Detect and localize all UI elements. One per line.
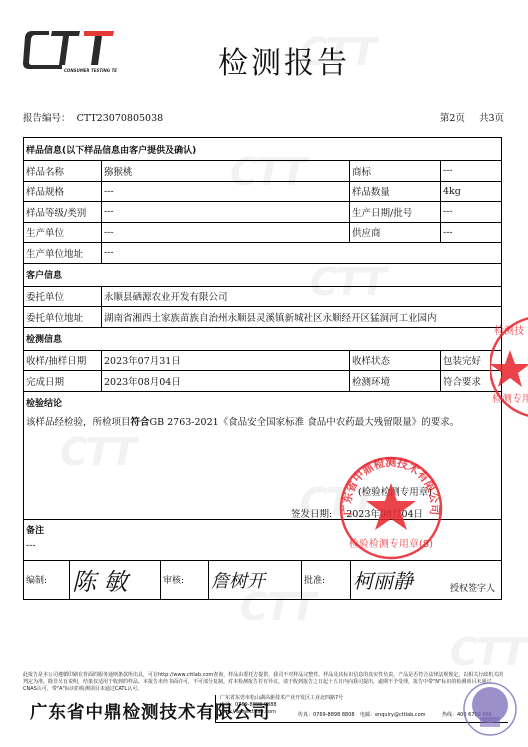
- table-row: 生产单位 --- 供应商 ---: [24, 222, 501, 243]
- table-row: 委托单位地址 湖南省湘西土家族苗族自治州永顺县灵溪镇新城社区永顺经开区猛洞河工业…: [24, 306, 501, 327]
- table-row: 样品名称 猕猴桃 商标 ---: [24, 160, 501, 181]
- reviewed-label: 审核:: [160, 561, 208, 599]
- disclaimer-text: 此报告是本公司遵循印刷在背面的服务通则条款所出具，可在http://www.ct…: [23, 672, 505, 693]
- svg-text:检测技: 检测技: [494, 324, 524, 337]
- approved-label: 批准:: [301, 561, 350, 599]
- table-row: 完成日期 2023年08月04日 检测环境 符合要求: [24, 370, 501, 391]
- email-link[interactable]: 电邮：enquiry@cttlab.com: [360, 712, 426, 719]
- watermark: CTT: [450, 630, 525, 674]
- reviewed-signature: 詹树开: [208, 561, 301, 599]
- page-title: 检测报告: [0, 38, 528, 82]
- report-number: 报告编号： CTT23070805038: [23, 110, 163, 124]
- table-row: 委托单位 永顺县硒源农业开发有限公司: [24, 286, 501, 307]
- official-stamp: 广东省中鼎检测技术有限公司 检验检测专用章(8): [338, 455, 444, 561]
- section-sample-info: 样品信息(以下样品信息由客户提供及确认): [24, 138, 501, 160]
- table-row: 生产单位地址 ---: [24, 242, 501, 263]
- compiled-label: 编制:: [24, 561, 69, 599]
- svg-text:检验检测专用章(8): 检验检测专用章(8): [349, 537, 433, 550]
- table-row: 收样/抽样日期 2023年07月31日 收样状态 包装完好: [24, 350, 501, 371]
- table-row: 样品规格 --- 样品数量 4kg: [24, 181, 501, 202]
- side-stamp: 检测技 检测专用: [490, 312, 528, 422]
- svg-text:检测专用: 检测专用: [492, 392, 528, 405]
- conclusion-text: 该样品经检验，所检项目符合GB 2763-2021《食品安全国家标准 食品中农药…: [26, 414, 459, 428]
- approved-signature: 柯丽静 授权签字人: [350, 561, 501, 599]
- signature-row: 编制: 陈 敏 审核: 詹树开 批准: 柯丽静 授权签字人: [24, 560, 501, 599]
- certification-badge-icon: [462, 681, 518, 737]
- compiled-signature: 陈 敏: [69, 561, 160, 599]
- section-test-info: 检测信息: [24, 327, 501, 350]
- section-client-info: 客户信息: [24, 263, 501, 286]
- table-row: 样品等级/类别 --- 生产日期/批号 ---: [24, 201, 501, 222]
- page-indicator: 第2页共3页: [440, 110, 504, 124]
